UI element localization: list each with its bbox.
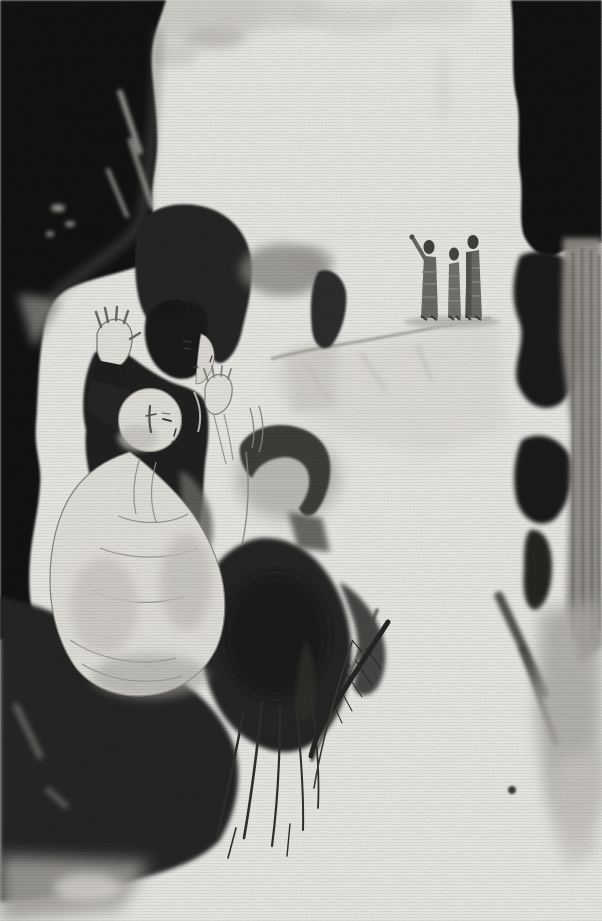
ink-painting: Black-and-white ink brush painting: in t… (0, 0, 602, 921)
painting-canvas (0, 0, 602, 921)
print-grain-overlay (0, 0, 602, 921)
